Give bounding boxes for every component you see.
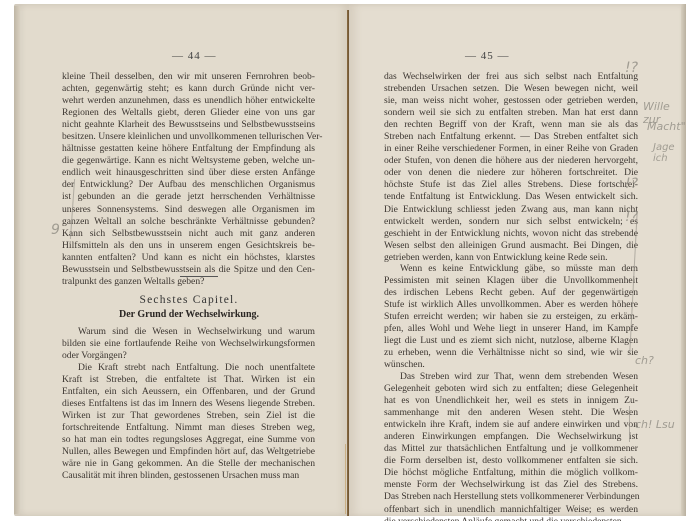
paragraph: Wenn es keine Entwicklung gäbe, so müsst…: [384, 263, 638, 371]
pencil-note: Jage ich: [653, 142, 686, 164]
text-line: Die Entwicklung schliesst jeden Zwang au…: [384, 204, 638, 216]
text-line: unseres Sonnensystems. Sind deswegen all…: [62, 204, 315, 216]
page-edge: [14, 6, 20, 514]
text-line: wäre nie in Gang gekommen. An die Stelle…: [62, 458, 315, 470]
pencil-margin-line: [629, 406, 630, 442]
text-line: sondern weil sie sich zu entfalten streb…: [384, 107, 638, 119]
text-line: oder Vorgängen?: [62, 350, 315, 362]
text-line: entwickelt werden, sondern nur sich selb…: [384, 216, 638, 228]
left-page: — 44 — kleine Theil desselben, den wir m…: [14, 4, 349, 516]
text-line: tralpunkt des ganzen Weltalls geben?: [62, 276, 315, 288]
text-line: hat es von Unendlichkeit her, weil es st…: [384, 395, 638, 407]
chapter-title: Sechstes Capitel.: [64, 294, 314, 306]
text-line: bilden sie eine fortlaufende Reihe von W…: [62, 338, 315, 350]
text-line: Gelegenheit geboten wird sich zu entfalt…: [384, 383, 638, 395]
text-line: getrieben werden, kann von Entwicklung k…: [384, 252, 638, 264]
text-line: ganzen Weltall an solche beschränkte Ver…: [62, 216, 315, 228]
text-line: pfen, alles Wohl und Wehe liegt in unser…: [384, 323, 638, 335]
pencil-note: 9: [51, 222, 60, 238]
text-line: des irdischen Lebens Recht geben. Auf de…: [384, 287, 638, 299]
text-line: den rechten Begriff von der Kraft, wenn …: [384, 119, 638, 131]
text-line: Kann sich Selbstbewusstsein nicht auch m…: [62, 228, 315, 240]
open-book: — 44 — kleine Theil desselben, den wir m…: [14, 4, 688, 516]
text-line: liegt die Lust und es ziemt sich nicht, …: [384, 335, 638, 347]
page-number: — 45 —: [465, 50, 510, 62]
text-line: Kraft ist Streben, die entfaltete ist Th…: [62, 374, 315, 386]
text-line: nicht geahnte Klarheit des Bewusstseins …: [62, 119, 315, 131]
paragraph: Die Kraft strebt nach Entfaltung. Die no…: [62, 362, 315, 482]
text-line: die Form derselben ist, desto vollkommen…: [384, 455, 638, 467]
text-line: der Entwicklung? Der Aufbau des menschli…: [62, 179, 315, 191]
text-line: menste Form der Wechselwirkung ist das Z…: [384, 479, 638, 491]
text-line: besitzen. Unsere kleinlichen und unvollk…: [62, 131, 315, 143]
paragraph: Das Streben wird zur That, wenn dem stre…: [384, 371, 638, 521]
text-line: die gegenwärtige. Kann es nicht Weltsyst…: [62, 155, 315, 167]
text-line: strebenden Ursachen setzen. Die Wesen be…: [384, 83, 638, 95]
pencil-note: ch?: [635, 354, 654, 367]
text-line: Wirken ist zur That gewordenes Streben, …: [62, 410, 315, 422]
text-line: wünschen.: [384, 359, 638, 371]
text-line: tende Entfaltung ist Entwicklung. Das We…: [384, 191, 638, 203]
text-line: Die Kraft strebt nach Entfaltung. Die no…: [62, 362, 315, 374]
paragraph: das Wechselwirken der frei aus sich selb…: [384, 71, 638, 264]
text-line: Die höchst mögliche Entfaltung, mithin d…: [384, 467, 638, 479]
text-line: geschieht in der Entwicklung nichts, wov…: [384, 228, 638, 240]
text-line: Streben nach Entfaltung erkennt. — Das S…: [384, 131, 638, 143]
text-line: so hat man ein todtes regungsloses Aggre…: [62, 434, 315, 446]
text-line: Wesen selbst den alleinigen Grund ausmac…: [384, 240, 638, 252]
text-line: Das Streben nach Herstellung stets vollk…: [384, 491, 638, 503]
text-line: Warum sind die Wesen in Wechselwirkung u…: [62, 326, 315, 338]
text-line: Hilfsmitteln als den uns in unserem enge…: [62, 240, 315, 252]
text-line: zu erheben, wenn die Verhältnisse nicht …: [384, 347, 638, 359]
text-line: die verschiedensten Anläufe gemacht und …: [384, 516, 638, 521]
text-line: hältnisse gestatten keine höhere Entfalt…: [62, 143, 315, 155]
page-number: — 44 —: [172, 50, 217, 62]
text-line: anderen Einwirkungen empfangen. Die Wech…: [384, 431, 638, 443]
pencil-note: !?: [625, 176, 638, 192]
page-edge: [681, 4, 686, 516]
text-line: achten, gegenwärtig steht; es kann durch…: [62, 83, 315, 95]
text-line: oder von denen die niedere zur höheren f…: [384, 167, 638, 179]
text-line: Regionen des Weltalls giebt, deren Glied…: [62, 107, 315, 119]
text-line: fortschreitende Entfaltung. Nimmt man di…: [62, 422, 315, 434]
pencil-note: Macht": [647, 120, 686, 133]
text-line: sammenhange mit den anderen Wesen steht.…: [384, 407, 638, 419]
text-line: Nullen, alles Bewegen und Empfinden hört…: [62, 446, 315, 458]
right-page: — 45 — das Wechselwirken der frei aus si…: [349, 4, 686, 516]
text-line: das Wechselwirken der frei aus sich selb…: [384, 71, 638, 83]
text-line: Causalität mit ihren blinden, gestossene…: [62, 470, 315, 482]
text-line: Bewusstsein und Selbstbewusstsein als di…: [62, 264, 315, 276]
text-line: wehrt werden anzunehmen, dass es unendli…: [62, 95, 315, 107]
paragraph: kleine Theil desselben, den wir mit unse…: [62, 71, 315, 288]
text-line: offenbart sich in unendlich mannichfalti…: [384, 504, 638, 516]
text-line: Stufe ist wirklich Alles unvollkommen. A…: [384, 299, 638, 311]
pencil-note: !?: [625, 60, 638, 76]
chapter-subtitle: Der Grund der Wechselwirkung.: [64, 309, 314, 320]
text-line: kleine Theil desselben, den wir mit unse…: [62, 71, 315, 83]
text-line: Das Streben wird zur That, wenn dem stre…: [384, 371, 638, 383]
text-line: sie, man weiss nicht woher, gestossen od…: [384, 95, 638, 107]
text-line: ist gebunden an die gerade jetzt herrsch…: [62, 191, 315, 203]
text-line: höchste Stufe ist das Ziel alles Streben…: [384, 179, 638, 191]
text-line: das Mittel zur thatsächlichen Entfaltung…: [384, 443, 638, 455]
text-line: in einer Reihe verschiedener Formen, in …: [384, 143, 638, 155]
text-line: endlich weit hinausgeschritten sind über…: [62, 167, 315, 179]
text-line: kannten entfalten? Und kann es nicht ein…: [62, 252, 315, 264]
text-line: Entfalten, ein sich Aeussern, ein Offenb…: [62, 386, 315, 398]
text-line: Wenn es keine Entwicklung gäbe, so müsst…: [384, 263, 638, 275]
section-divider: [180, 276, 218, 277]
text-line: dieses Entfaltens ist das im Innern des …: [62, 398, 315, 410]
text-line: Pessimisten mit seinen Klagen über die U…: [384, 275, 638, 287]
pencil-note: ch! Lsu: [635, 418, 675, 431]
text-line: Stufen erreicht werden; wir haben sie zu…: [384, 311, 638, 323]
text-line: oder Stufen, von denen die höhere aus de…: [384, 155, 638, 167]
paragraph: Warum sind die Wesen in Wechselwirkung u…: [62, 326, 315, 362]
text-line: entwickeln ihre Kraft, indem sie auf and…: [384, 419, 638, 431]
